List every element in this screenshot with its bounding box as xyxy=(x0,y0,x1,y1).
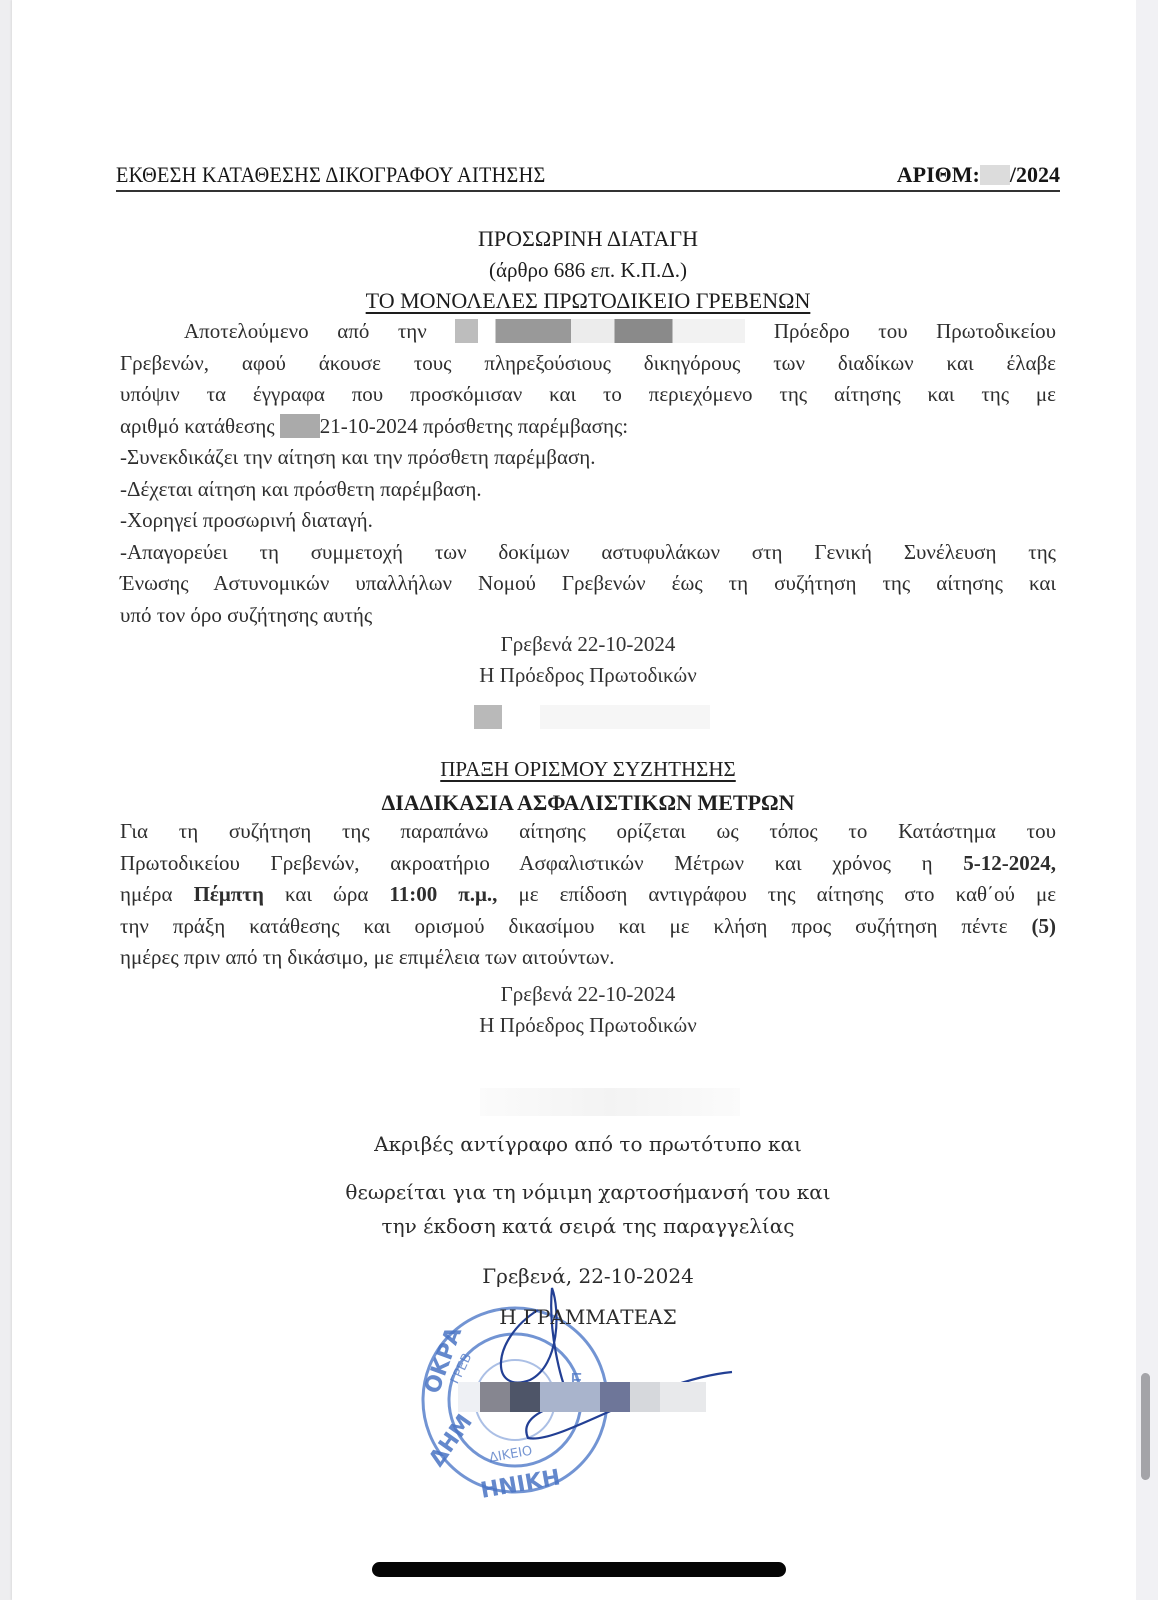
ruling-item: -Απαγορεύει τη συμμετοχή των δοκίμων αστ… xyxy=(120,537,1056,569)
header-number: ΑΡΙΘΜ:/2024 xyxy=(897,162,1060,188)
redacted-number xyxy=(980,165,1010,185)
redacted-signature xyxy=(474,705,502,729)
document-header: ΕΚΘΕΣΗ ΚΑΤΑΘΕΣΗΣ ΔΙΚΟΓΡΑΦΟΥ ΑΙΤΗΣΗΣ ΑΡΙΘ… xyxy=(116,162,1060,192)
certification-place-date: Γρεβενά, 22-10-2024 xyxy=(116,1264,1060,1288)
certification-signatory: Η ΓΡΑΜΜΑΤΕΑΣ xyxy=(116,1305,1060,1329)
scrollbar-thumb[interactable] xyxy=(1141,1373,1150,1480)
redacted-signature-name xyxy=(540,705,710,729)
ruling-item: -Δέχεται αίτηση και πρόσθετη παρέμβαση. xyxy=(120,474,1056,506)
redacted-name xyxy=(455,319,745,343)
scroll-track[interactable] xyxy=(1136,0,1158,1600)
redacted-signature-2 xyxy=(480,1088,740,1116)
certification-line: θεωρείται για τη νόμιμη χαρτοσήμανσή του… xyxy=(116,1180,1060,1204)
order-place-date: Γρεβενά 22-10-2024 xyxy=(116,632,1060,657)
hearing-day: Πέμπτη xyxy=(194,882,264,906)
ruling-item: -Συνεκδικάζει την αίτηση και την πρόσθετ… xyxy=(120,442,1056,474)
order-title: ΠΡΟΣΩΡΙΝΗ ΔΙΑΤΑΓΗ xyxy=(116,226,1060,252)
hearing-place-date: Γρεβενά 22-10-2024 xyxy=(116,982,1060,1007)
redacted-filing-number xyxy=(280,414,320,438)
hearing-time: 11:00 π.μ., xyxy=(389,882,497,906)
certification-line: Ακριβές αντίγραφο από το πρωτότυπο και xyxy=(116,1132,1060,1156)
order-article: (άρθρο 686 επ. Κ.Π.Δ.) xyxy=(116,258,1060,283)
order-signatory: Η Πρόεδρος Πρωτοδικών xyxy=(116,663,1060,688)
hearing-date: 5-12-2024, xyxy=(963,851,1056,875)
order-rulings: -Συνεκδικάζει την αίτηση και την πρόσθετ… xyxy=(120,442,1056,631)
home-indicator[interactable] xyxy=(372,1562,786,1577)
court-name: ΤΟ ΜΟΝΟΛΕΛΕΣ ΠΡΩΤΟΔΙΚΕΙΟ ΓΡΕΒΕΝΩΝ xyxy=(116,288,1060,314)
redacted-secretary-name xyxy=(458,1382,706,1412)
hearing-title: ΠΡΑΞΗ ΟΡΙΣΜΟΥ ΣΥΖΗΤΗΣΗΣ xyxy=(116,757,1060,782)
hearing-subtitle: ΔΙΑΔΙΚΑΣΙΑ ΑΣΦΑΛΙΣΤΙΚΩΝ ΜΕΤΡΩΝ xyxy=(116,790,1060,816)
certification-line: την έκδοση κατά σειρά της παραγγελίας xyxy=(116,1214,1060,1238)
hearing-signatory: Η Πρόεδρος Πρωτοδικών xyxy=(116,1013,1060,1038)
header-title: ΕΚΘΕΣΗ ΚΑΤΑΘΕΣΗΣ ΔΙΚΟΓΡΑΦΟΥ ΑΙΤΗΣΗΣ xyxy=(116,162,546,188)
ruling-item: υπό τον όρο συζήτησης αυτής xyxy=(120,600,1056,632)
ruling-item: Ένωσης Αστυνομικών υπαλλήλων Νομού Γρεβε… xyxy=(120,568,1056,600)
order-paragraph: Αποτελούμενο από την Πρόεδρο του Πρωτοδι… xyxy=(120,316,1056,442)
hearing-paragraph: Για τη συζήτηση της παραπάνω αίτησης ορί… xyxy=(120,816,1056,974)
ruling-item: -Χορηγεί προσωρινή διαταγή. xyxy=(120,505,1056,537)
